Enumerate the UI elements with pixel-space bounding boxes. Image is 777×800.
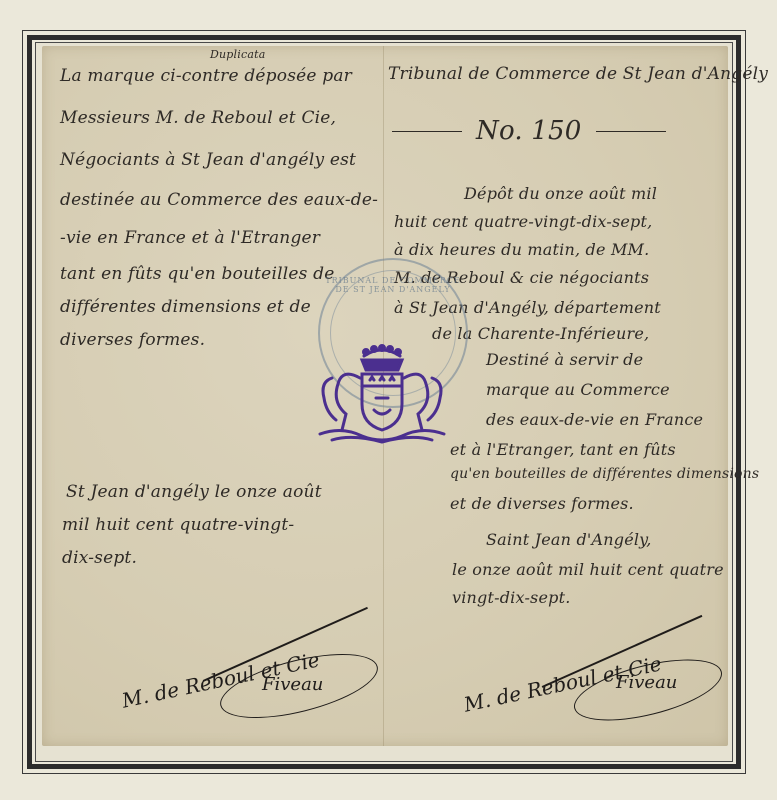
right-line-13: Saint Jean d'Angély, bbox=[486, 530, 652, 549]
right-line-2: huit cent quatre-vingt-dix-sept, bbox=[394, 212, 652, 231]
left-line-1: La marque ci-contre déposée par bbox=[60, 66, 352, 86]
deposit-number-line: No. 150 bbox=[392, 116, 666, 146]
right-line-1: Dépôt du onze août mil bbox=[464, 184, 657, 203]
left-signature-clerk: Fiveau bbox=[262, 674, 323, 695]
left-line-6: tant en fûts qu'en bouteilles de bbox=[60, 264, 334, 284]
coat-of-arms-crest-icon bbox=[302, 338, 462, 448]
seal-text: TRIBUNAL DE COMMERCE DE ST JEAN D'ANGELY bbox=[320, 276, 466, 294]
duplicata-annotation: Duplicata bbox=[210, 48, 265, 61]
left-line-3: Négociants à St Jean d'angély est bbox=[60, 150, 356, 170]
left-line-4: destinée au Commerce des eaux-de- bbox=[60, 190, 378, 210]
right-line-14: le onze août mil huit cent quatre bbox=[452, 560, 724, 579]
right-line-11: qu'en bouteilles de différentes dimensio… bbox=[450, 466, 759, 482]
deposit-number: No. 150 bbox=[476, 116, 582, 146]
right-line-10: et à l'Etranger, tant en fûts bbox=[450, 440, 676, 459]
right-line-7: Destiné à servir de bbox=[486, 350, 643, 369]
number-rule-right bbox=[596, 131, 666, 132]
left-place-date-1: St Jean d'angély le onze août bbox=[66, 482, 322, 502]
left-line-8: diverses formes. bbox=[60, 330, 205, 350]
right-line-3: à dix heures du matin, de MM. bbox=[394, 240, 649, 259]
right-line-8: marque au Commerce bbox=[486, 380, 670, 399]
number-rule-left bbox=[392, 131, 462, 132]
right-line-15: vingt-dix-sept. bbox=[452, 588, 570, 607]
left-line-2: Messieurs M. de Reboul et Cie, bbox=[60, 108, 336, 128]
left-line-7: différentes dimensions et de bbox=[60, 297, 311, 317]
right-line-12: et de diverses formes. bbox=[450, 494, 634, 513]
right-line-9: des eaux-de-vie en France bbox=[486, 410, 703, 429]
left-line-5: -vie en France et à l'Etranger bbox=[60, 228, 320, 248]
right-signature-clerk: Fiveau bbox=[616, 672, 677, 693]
left-place-date-2: mil huit cent quatre-vingt- bbox=[62, 515, 294, 535]
tribunal-header: Tribunal de Commerce de St Jean d'Angély bbox=[388, 64, 768, 84]
left-place-date-3: dix-sept. bbox=[62, 548, 137, 568]
